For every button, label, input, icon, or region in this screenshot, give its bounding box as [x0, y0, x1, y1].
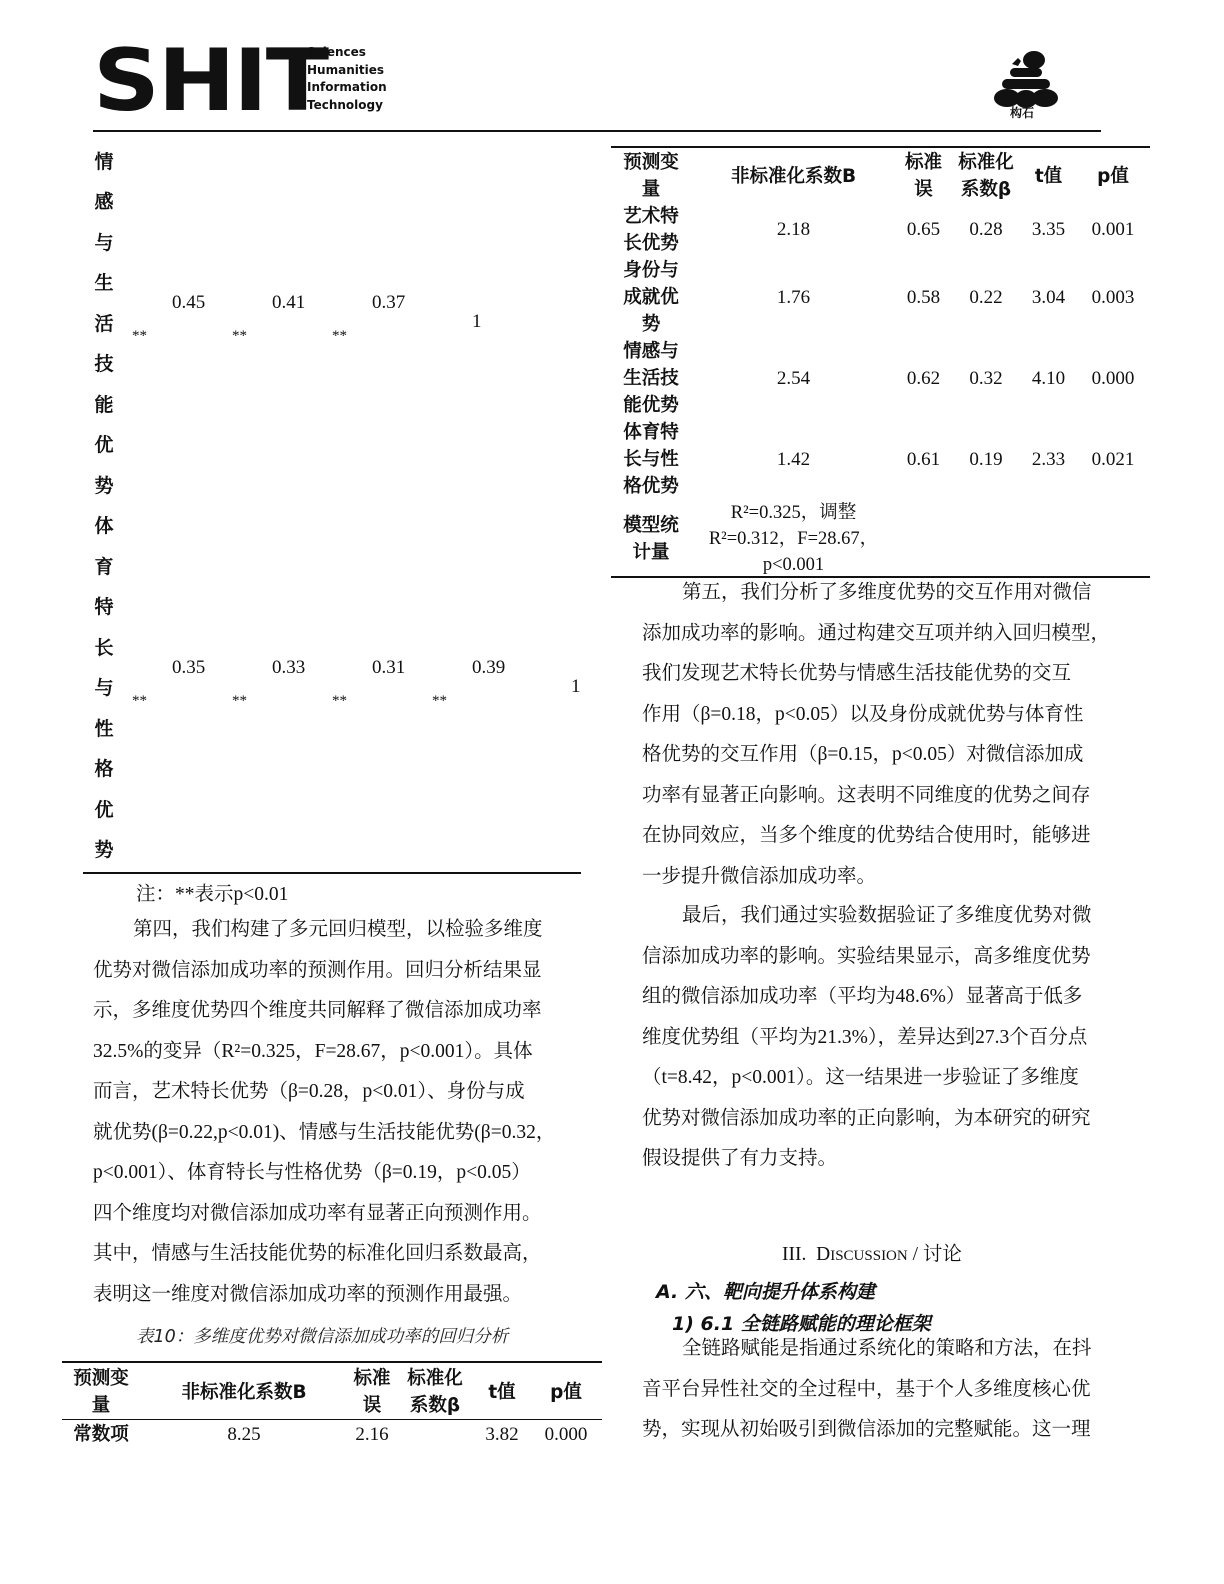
row-label-char: 能 — [93, 390, 115, 417]
table-row: 身份与成就优势 1.76 0.58 0.22 3.04 0.003 — [611, 257, 1150, 338]
row-label-char: 格 — [93, 754, 115, 781]
text-line: 组的微信添加成功率（平均为48.6%）显著高于低多 — [642, 977, 1132, 1018]
cell-predictor: 常数项 — [62, 1420, 140, 1450]
cell-t: 3.82 — [474, 1420, 530, 1450]
text-line: 维度优势组（平均为21.3%），差异达到27.3个百分点 — [642, 1018, 1132, 1059]
text-line: 格优势的交互作用（β=0.15，p<0.05）对微信添加成 — [642, 735, 1132, 776]
publisher-name: 构石 — [1010, 104, 1034, 121]
row-label-char: 性 — [93, 714, 115, 741]
cell-model-stats-label: 模型统计量 — [611, 500, 691, 578]
corr-value: 0.45 — [172, 292, 205, 314]
text-line: 第五，我们分析了多维度优势的交互作用对微信 — [642, 573, 1132, 614]
cell-b: 2.54 — [691, 338, 896, 419]
row-label-char: 情 — [93, 147, 115, 174]
text-line: 我们发现艺术特长优势与情感生活技能优势的交互 — [642, 654, 1132, 695]
row-label-char: 活 — [93, 309, 115, 336]
table-row: 常数项 8.25 2.16 3.82 0.000 — [62, 1420, 602, 1450]
col-header-t: t值 — [1021, 149, 1076, 203]
section-title-rest: ISCUSSION — [830, 1248, 908, 1264]
text-line: 就优势(β=0.22,p<0.01)、情感与生活技能优势(β=0.32， — [93, 1113, 583, 1154]
text-line: 势，实现从初始吸引到微信添加的完整赋能。这一理 — [642, 1410, 1132, 1451]
row-label-char: 优 — [93, 795, 115, 822]
paragraph-regression-summary: 第四，我们构建了多元回归模型，以检验多维度 优势对微信添加成功率的预测作用。回归… — [93, 910, 583, 1315]
text-line: 添加成功率的影响。通过构建交互项并纳入回归模型， — [642, 614, 1132, 655]
col-header-predictor: 预测变量 — [611, 149, 691, 203]
cell-predictor: 情感与生活技能优势 — [611, 338, 691, 419]
subsection-heading: A. 六、靶向提升体系构建 — [656, 1277, 875, 1304]
corr-value: 0.33 — [272, 657, 305, 679]
row-label-char: 优 — [93, 430, 115, 457]
text-line: 信添加成功率的影响。实验结果显示，高多维度优势 — [642, 937, 1132, 978]
corr-value: 1 — [472, 311, 482, 333]
col-header-b: 非标准化系数B — [691, 149, 896, 203]
cell-se: 0.61 — [896, 419, 951, 500]
cell-beta: 0.32 — [951, 338, 1021, 419]
section-heading: III. DISCUSSION / 讨论 — [782, 1238, 962, 1266]
text-line: 一步提升微信添加成功率。 — [642, 857, 1132, 898]
cell-beta: 0.28 — [951, 203, 1021, 257]
text-line: 最后，我们通过实验数据验证了多维度优势对微 — [642, 896, 1132, 937]
corr-value: 0.39 — [472, 657, 505, 679]
text-line: 全链路赋能是指通过系统化的策略和方法，在抖 — [642, 1329, 1132, 1370]
col-header-beta: 标准化系数β — [951, 149, 1021, 203]
cell-beta: 0.22 — [951, 257, 1021, 338]
row-label-char: 体 — [93, 511, 115, 538]
cell-predictor: 身份与成就优势 — [611, 257, 691, 338]
row-label-char: 感 — [93, 187, 115, 214]
table-header-row: 预测变量 非标准化系数B 标准误 标准化系数β t值 p值 — [611, 149, 1150, 203]
cell-p: 0.021 — [1076, 419, 1150, 500]
row-label-char: 势 — [93, 835, 115, 862]
text-line-content: 第四，我们构建了多元回归模型，以检验多维度 — [133, 919, 543, 940]
header-divider — [93, 130, 1101, 132]
cell-t: 3.04 — [1021, 257, 1076, 338]
table-caption: 表10：多维度优势对微信添加成功率的回归分析 — [136, 1323, 508, 1348]
text-line: 表明这一维度对微信添加成功率的预测作用最强。 — [93, 1275, 583, 1316]
regression-table-part1: 预测变量 非标准化系数B 标准误 标准化系数β t值 p值 常数项 8.25 2… — [62, 1365, 602, 1450]
text-line: 而言，艺术特长优势（β=0.28，p<0.01）、身份与成 — [93, 1072, 583, 1113]
cell-beta — [396, 1420, 474, 1450]
cell-b: 1.42 — [691, 419, 896, 500]
text-line: 在协同效应，当多个维度的优势结合使用时，能够进 — [642, 816, 1132, 857]
cell-p: 0.003 — [1076, 257, 1150, 338]
table-row: 艺术特长优势 2.18 0.65 0.28 3.35 0.001 — [611, 203, 1150, 257]
row-label-char: 特 — [93, 592, 115, 619]
text-line: 作用（β=0.18，p<0.05）以及身份成就优势与体育性 — [642, 695, 1132, 736]
logo-subtitle-line: Information — [307, 79, 387, 97]
paragraph-experimental-validation: 最后，我们通过实验数据验证了多维度优势对微 信添加成功率的影响。实验结果显示，高… — [642, 896, 1132, 1180]
cell-se: 0.58 — [896, 257, 951, 338]
text-line-content: 第五，我们分析了多维度优势的交互作用对微信 — [682, 582, 1092, 603]
cell-model-stats-value: R²=0.325，调整 R²=0.312，F=28.67， p<0.001 — [691, 500, 896, 578]
row-label-char: 势 — [93, 471, 115, 498]
corr-value: 0.35 — [172, 657, 205, 679]
text-line: 音平台异性社交的全过程中，基于个人多维度核心优 — [642, 1370, 1132, 1411]
col-header-t: t值 — [474, 1365, 530, 1420]
significance-marker: ** — [132, 693, 147, 710]
journal-logo-subtitle: Sciences Humanities Information Technolo… — [307, 44, 387, 114]
cell-b: 1.76 — [691, 257, 896, 338]
text-line: 第四，我们构建了多元回归模型，以检验多维度 — [93, 910, 583, 951]
section-title-suffix: / 讨论 — [908, 1244, 962, 1265]
text-line-content: 全链路赋能是指通过系统化的策略和方法，在抖 — [682, 1338, 1092, 1359]
significance-marker: ** — [332, 693, 347, 710]
significance-marker: ** — [432, 693, 447, 710]
journal-logo: SHIT — [93, 38, 327, 124]
text-line: p<0.001）、体育特长与性格优势（β=0.19，p<0.05） — [93, 1153, 583, 1194]
cell-beta: 0.19 — [951, 419, 1021, 500]
text-line: （t=8.42，p<0.001）。这一结果进一步验证了多维度 — [642, 1058, 1132, 1099]
cell-se: 2.16 — [348, 1420, 396, 1450]
row-label-char: 育 — [93, 552, 115, 579]
col-header-se: 标准误 — [348, 1365, 396, 1420]
corr-value: 0.37 — [372, 292, 405, 314]
cell-p: 0.001 — [1076, 203, 1150, 257]
logo-subtitle-line: Humanities — [307, 62, 387, 80]
cell-p: 0.000 — [1076, 338, 1150, 419]
text-line: 功率有显著正向影响。这表明不同维度的优势之间存 — [642, 776, 1132, 817]
table-row-model-stats: 模型统计量 R²=0.325，调整 R²=0.312，F=28.67， p<0.… — [611, 500, 1150, 578]
table-row: 体育特长与性格优势 1.42 0.61 0.19 2.33 0.021 — [611, 419, 1150, 500]
regression-table-part2: 预测变量 非标准化系数B 标准误 标准化系数β t值 p值 艺术特长优势 2.1… — [611, 149, 1150, 578]
corr-value: 1 — [571, 676, 581, 698]
corr-value: 0.41 — [272, 292, 305, 314]
row-label-char: 技 — [93, 349, 115, 376]
cell-predictor: 体育特长与性格优势 — [611, 419, 691, 500]
text-line: 优势对微信添加成功率的预测作用。回归分析结果显 — [93, 951, 583, 992]
row-label-char: 与 — [93, 673, 115, 700]
cell-t: 4.10 — [1021, 338, 1076, 419]
table-header-row: 预测变量 非标准化系数B 标准误 标准化系数β t值 p值 — [62, 1365, 602, 1420]
cell-se: 0.62 — [896, 338, 951, 419]
cell-b: 8.25 — [140, 1420, 348, 1450]
col-header-b: 非标准化系数B — [140, 1365, 348, 1420]
cell-t: 2.33 — [1021, 419, 1076, 500]
col-header-beta: 标准化系数β — [396, 1365, 474, 1420]
cell-se: 0.65 — [896, 203, 951, 257]
table-top-rule — [611, 146, 1150, 148]
section-numeral: III. — [782, 1244, 806, 1265]
text-line: 四个维度均对微信添加成功率有显著正向预测作用。 — [93, 1194, 583, 1235]
table-row: 情感与生活技能优势 2.54 0.62 0.32 4.10 0.000 — [611, 338, 1150, 419]
text-line: 假设提供了有力支持。 — [642, 1139, 1132, 1180]
row-label-char: 长 — [93, 633, 115, 660]
col-header-se: 标准误 — [896, 149, 951, 203]
col-header-p: p值 — [1076, 149, 1150, 203]
table-note: 注：**表示p<0.01 — [136, 878, 288, 906]
significance-marker: ** — [232, 328, 247, 345]
logo-subtitle-line: Sciences — [307, 44, 387, 62]
cell-b: 2.18 — [691, 203, 896, 257]
section-title-initial: D — [816, 1244, 830, 1265]
significance-marker: ** — [232, 693, 247, 710]
text-line: 32.5%的变异（R²=0.325，F=28.67，p<0.001）。具体 — [93, 1032, 583, 1073]
col-header-p: p值 — [530, 1365, 602, 1420]
text-line: 优势对微信添加成功率的正向影响，为本研究的研究 — [642, 1099, 1132, 1140]
col-header-predictor: 预测变量 — [62, 1365, 140, 1420]
table-bottom-rule — [83, 872, 581, 874]
text-line-content: 最后，我们通过实验数据验证了多维度优势对微 — [682, 905, 1092, 926]
cell-t: 3.35 — [1021, 203, 1076, 257]
table-top-rule — [62, 1361, 602, 1363]
logo-subtitle-line: Technology — [307, 97, 387, 115]
row-label-char: 生 — [93, 268, 115, 295]
text-line: 其中，情感与生活技能优势的标准化回归系数最高， — [93, 1234, 583, 1275]
row-label-char: 与 — [93, 228, 115, 255]
significance-marker: ** — [332, 328, 347, 345]
paragraph-full-chain-empowerment: 全链路赋能是指通过系统化的策略和方法，在抖 音平台异性社交的全过程中，基于个人多… — [642, 1329, 1132, 1451]
paragraph-interaction-effects: 第五，我们分析了多维度优势的交互作用对微信 添加成功率的影响。通过构建交互项并纳… — [642, 573, 1132, 897]
significance-marker: ** — [132, 328, 147, 345]
cell-predictor: 艺术特长优势 — [611, 203, 691, 257]
corr-value: 0.31 — [372, 657, 405, 679]
cell-p: 0.000 — [530, 1420, 602, 1450]
text-line: 示，多维度优势四个维度共同解释了微信添加成功率 — [93, 991, 583, 1032]
